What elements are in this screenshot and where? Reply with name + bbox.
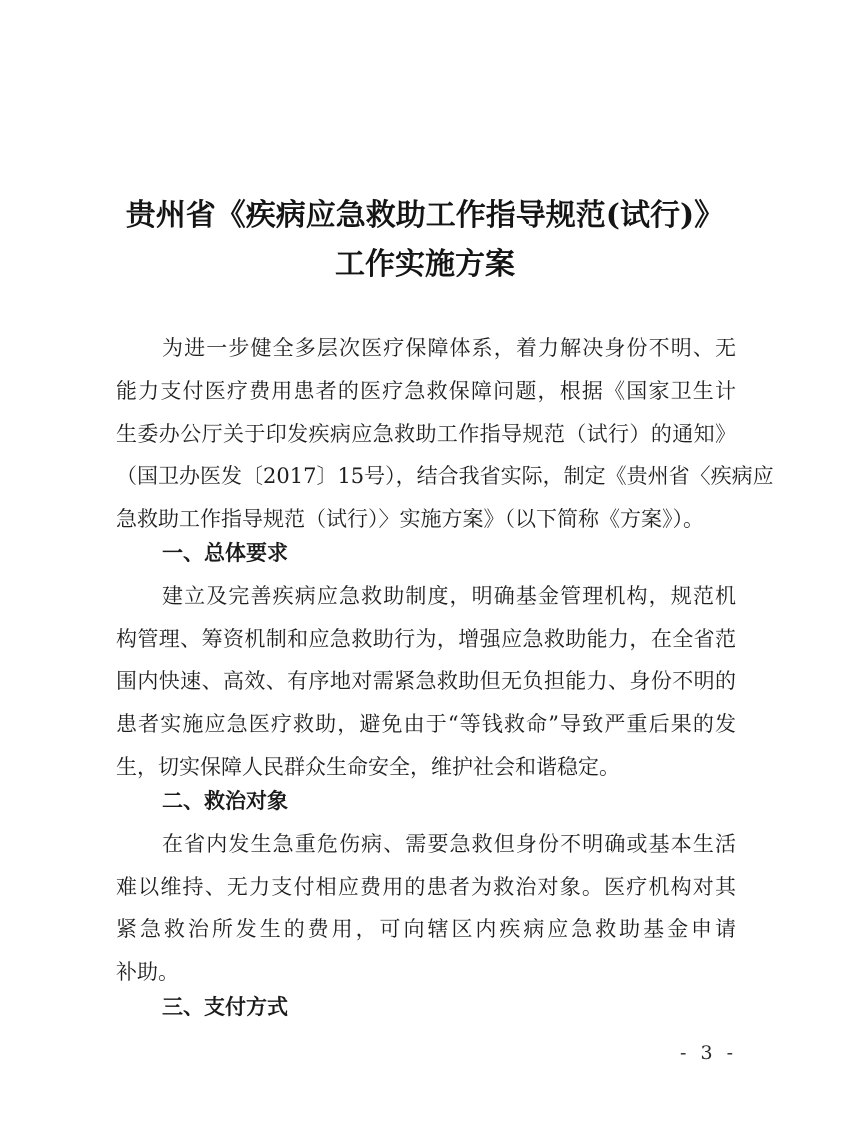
section-2-line: 补助。 (116, 957, 736, 987)
section-2-line: 难以维持、无力支付相应费用的患者为救治对象。医疗机构对其 (116, 872, 736, 902)
section-1-line: 生，切实保障人民群众生命安全，维护社会和谐稳定。 (116, 752, 736, 782)
section-2-line: 紧急救治所发生的费用，可向辖区内疾病应急救助基金申请 (116, 914, 736, 944)
intro-paragraph-line: 生委办公厅关于印发疾病应急救助工作指导规范（试行）的通知》 (116, 419, 736, 449)
section-heading-treatment-targets: 二、救治对象 (162, 786, 288, 816)
page-number: - 3 - (680, 1040, 737, 1066)
document-title-line-2: 工作实施方案 (0, 245, 850, 285)
document-page: 贵州省《疾病应急救助工作指导规范(试行)》 工作实施方案 为进一步健全多层次医疗… (0, 0, 850, 1146)
document-title-line-1: 贵州省《疾病应急救助工作指导规范(试行)》 (0, 196, 850, 236)
section-2-line: 在省内发生急重危伤病、需要急救但身份不明确或基本生活 (162, 829, 736, 859)
section-heading-payment-method: 三、支付方式 (162, 992, 288, 1022)
section-heading-general-requirements: 一、总体要求 (162, 538, 288, 568)
intro-paragraph-line: （国卫办医发〔2017〕15号），结合我省实际，制定《贵州省〈疾病应 (116, 461, 736, 491)
intro-paragraph-line: 急救助工作指导规范（试行）〉实施方案》（以下简称《方案》）。 (116, 504, 676, 534)
intro-paragraph-line: 能力支付医疗费用患者的医疗急救保障问题，根据《国家卫生计 (116, 376, 736, 406)
section-1-line: 建立及完善疾病应急救助制度，明确基金管理机构，规范机 (162, 581, 736, 611)
section-1-line: 围内快速、高效、有序地对需紧急救助但无负担能力、身份不明的 (116, 666, 736, 696)
section-1-line: 构管理、筹资机制和应急救助行为，增强应急救助能力，在全省范 (116, 624, 736, 654)
intro-paragraph-line: 为进一步健全多层次医疗保障体系，着力解决身份不明、无 (162, 333, 736, 363)
section-1-line: 患者实施应急医疗救助，避免由于“等钱救命”导致严重后果的发 (116, 709, 736, 739)
